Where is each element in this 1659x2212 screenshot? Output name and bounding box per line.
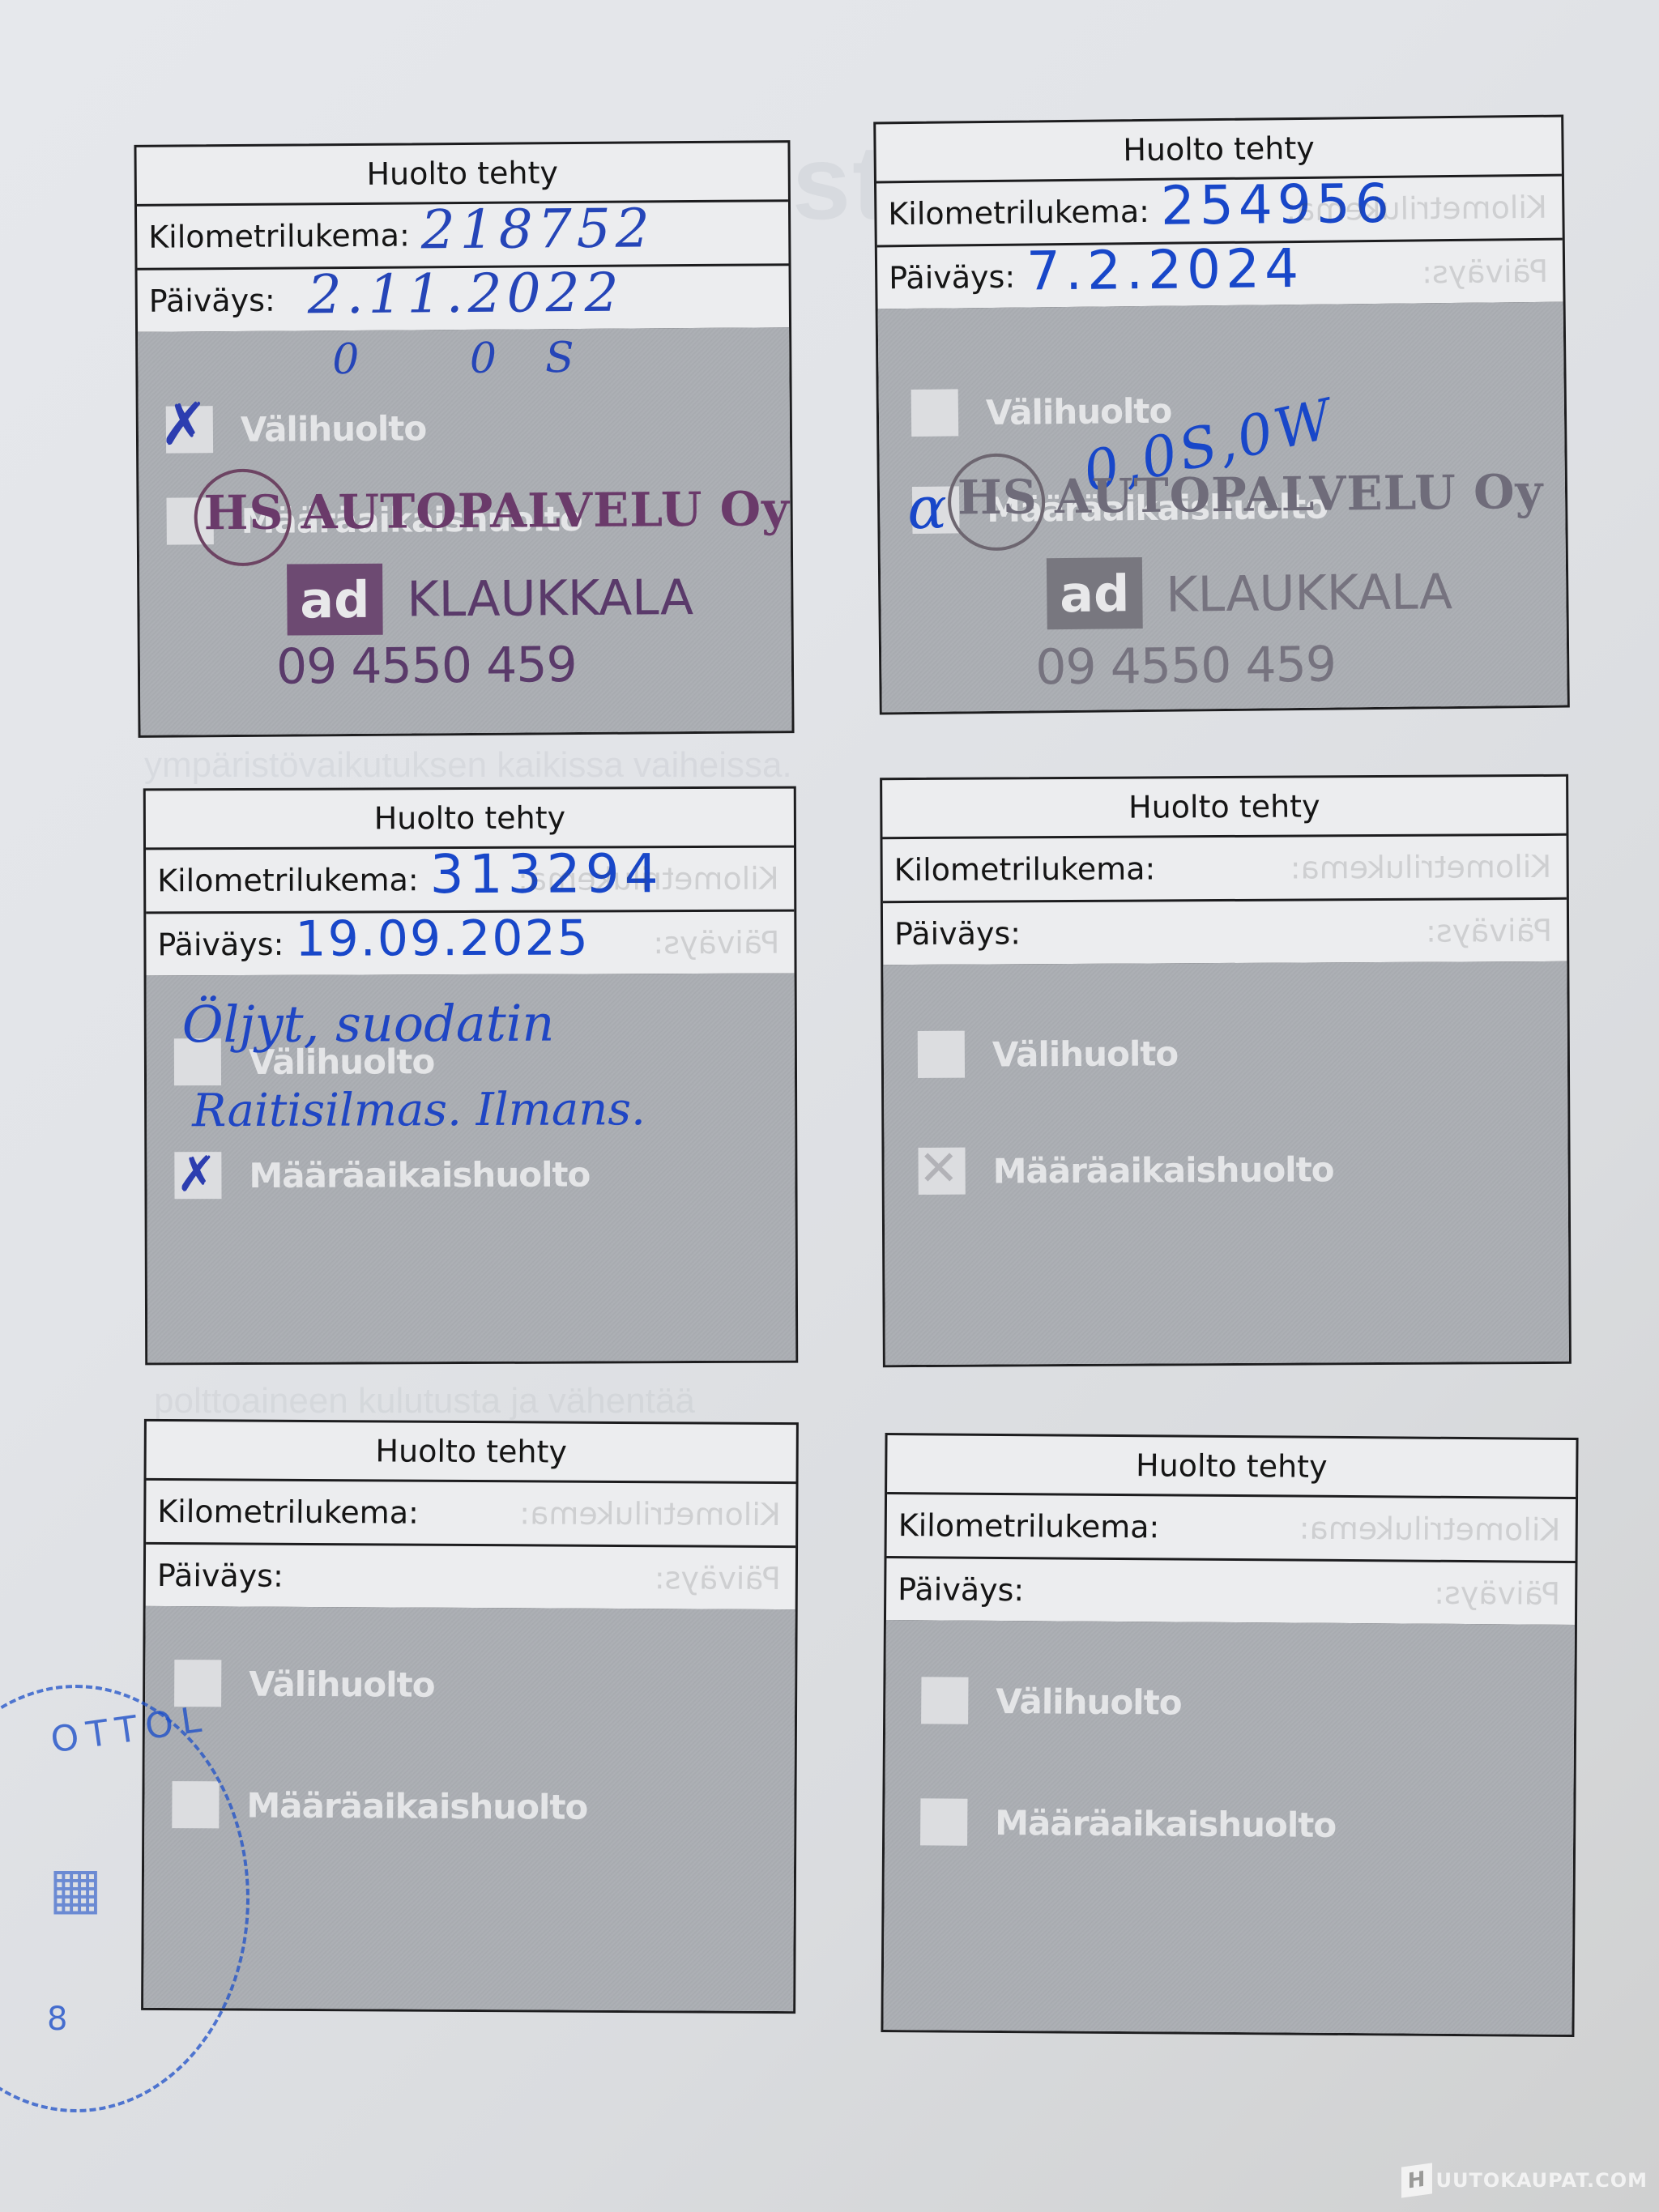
x-mark-icon: ✗ bbox=[176, 1150, 216, 1199]
km-label: Kilometrilukema: bbox=[898, 1507, 1160, 1545]
card-title: Huolto tehty bbox=[136, 143, 787, 207]
km-row: Kilometrilukema: Kilometrilukema: bbox=[882, 836, 1566, 903]
blue-stamp-emblem-icon: ▦ bbox=[49, 1855, 102, 1921]
checkbox-maaraaikaishuolto[interactable] bbox=[920, 1798, 967, 1845]
option-label: Määräaikaishuolto bbox=[995, 1802, 1336, 1844]
option-label: Määräaikaishuolto bbox=[246, 1785, 587, 1826]
km-row: Kilometrilukema: 313294 Kilometrilukema: bbox=[146, 848, 794, 914]
option-maaraaikaishuolto[interactable]: ✗ Määräaikaishuolto bbox=[174, 1150, 590, 1199]
km-row: Kilometrilukema: 254956 Kilometrilukema: bbox=[876, 177, 1563, 248]
service-type-panel: 0 0S ✗ Välihuolto Määräaikaishuolto HS A… bbox=[138, 327, 791, 735]
date-row: Päiväys: Päiväys: bbox=[146, 1545, 795, 1612]
option-label: Välihuolto bbox=[996, 1681, 1182, 1722]
watermark-text: UUTOKAUPAT.COM bbox=[1435, 2169, 1648, 2192]
show-through-label: Päiväys: bbox=[1434, 1575, 1560, 1612]
show-through-label: Päiväys: bbox=[1426, 913, 1552, 949]
date-row: Päiväys: Päiväys: bbox=[883, 900, 1567, 967]
handwritten-note: 0 0S bbox=[332, 337, 623, 381]
date-row: Päiväys: 7.2.2024 Päiväys: bbox=[877, 241, 1563, 312]
date-label: Päiväys: bbox=[157, 927, 284, 963]
service-record-card-3: Huolto tehty Kilometrilukema: 313294 Kil… bbox=[143, 786, 798, 1366]
service-record-card-1: Huolto tehty Kilometrilukema: 218752 Päi… bbox=[134, 140, 794, 738]
handwritten-work-line-2: Raitisilmas. Ilmans. bbox=[192, 1087, 646, 1134]
stamp-city: KLAUKKALA bbox=[407, 569, 693, 628]
date-label: Päiväys: bbox=[157, 1558, 284, 1594]
checkbox-valihuolto[interactable]: ✗ bbox=[166, 406, 213, 453]
checkbox-maaraaikaishuolto[interactable]: ✕ bbox=[918, 1148, 965, 1195]
checkbox-valihuolto[interactable] bbox=[918, 1031, 965, 1078]
service-type-panel: Välihuolto Määräaikaishuolto bbox=[883, 1620, 1575, 2035]
option-maaraaikaishuolto[interactable]: Määräaikaishuolto bbox=[920, 1798, 1336, 1848]
service-record-card-4: Huolto tehty Kilometrilukema: Kilometril… bbox=[880, 774, 1572, 1367]
option-label: Välihuolto bbox=[249, 1664, 435, 1704]
km-row: Kilometrilukema: Kilometrilukema: bbox=[146, 1481, 795, 1548]
service-type-panel: Välihuolto α Määräaikaishuolto 0,0S,0W H… bbox=[878, 302, 1567, 713]
km-label: Kilometrilukema: bbox=[894, 850, 1156, 888]
ad-logo-icon: ad bbox=[1047, 557, 1143, 629]
km-value[interactable]: 218752 bbox=[421, 202, 655, 257]
km-row: Kilometrilukema: 218752 bbox=[137, 202, 789, 271]
service-record-card-2: Huolto tehty Kilometrilukema: 254956 Kil… bbox=[873, 115, 1570, 715]
checkbox-maaraaikaishuolto[interactable]: ✗ bbox=[174, 1152, 221, 1199]
show-through-label: Päiväys: bbox=[655, 1560, 781, 1596]
option-label: Välihuolto bbox=[992, 1034, 1179, 1074]
date-label: Päiväys: bbox=[149, 283, 275, 319]
date-value[interactable]: 7.2.2024 bbox=[1026, 242, 1304, 299]
show-through-label: Kilometrilukema: bbox=[1299, 1511, 1561, 1548]
km-label: Kilometrilukema: bbox=[157, 862, 419, 898]
option-valihuolto[interactable]: Välihuolto bbox=[921, 1677, 1182, 1725]
show-through-label: Päiväys: bbox=[1422, 254, 1548, 291]
date-label: Päiväys: bbox=[889, 259, 1015, 296]
checkbox-valihuolto[interactable] bbox=[921, 1677, 968, 1724]
show-through-label: Kilometrilukema: bbox=[1286, 190, 1548, 228]
date-value[interactable]: 19.09.2025 bbox=[295, 914, 590, 963]
show-through-label: Kilometrilukema: bbox=[518, 861, 780, 897]
service-type-panel: Välihuolto ✗ Määräaikaishuolto Öljyt, su… bbox=[147, 974, 796, 1363]
option-maaraaikaishuolto[interactable]: ✕ Määräaikaishuolto bbox=[918, 1145, 1333, 1195]
site-watermark: H UUTOKAUPAT.COM bbox=[1401, 2165, 1648, 2196]
km-label: Kilometrilukema: bbox=[157, 1494, 419, 1531]
stamp-city: KLAUKKALA bbox=[1166, 564, 1452, 624]
option-label: Määräaikaishuolto bbox=[993, 1149, 1334, 1191]
date-row: Päiväys: Päiväys: bbox=[886, 1558, 1576, 1627]
blue-stamp-digit: 8 bbox=[47, 2001, 67, 2038]
date-value[interactable]: 2.11.2022 bbox=[307, 266, 623, 322]
card-title: Huolto tehty bbox=[882, 777, 1566, 839]
handwritten-work-line-1: Öljyt, suodatin bbox=[182, 999, 555, 1051]
service-type-panel: Välihuolto ✕ Määräaikaishuolto bbox=[883, 961, 1569, 1365]
option-valihuolto[interactable]: Välihuolto bbox=[918, 1029, 1179, 1078]
cube-logo-icon: H bbox=[1401, 2163, 1432, 2197]
show-through-label: Kilometrilukema: bbox=[520, 1495, 782, 1532]
date-label: Päiväys: bbox=[898, 1571, 1024, 1608]
x-mark-icon: ✗ bbox=[160, 394, 209, 453]
date-row: Päiväys: 2.11.2022 bbox=[138, 266, 790, 335]
option-valihuolto[interactable]: Välihuolto bbox=[911, 387, 1172, 437]
option-valihuolto[interactable]: Välihuolto bbox=[174, 1660, 435, 1708]
card-title: Huolto tehty bbox=[887, 1435, 1576, 1499]
option-label: Välihuolto bbox=[986, 390, 1172, 432]
stamp-company: HS AUTOPALVELU Oy bbox=[957, 464, 1544, 526]
checkbox-valihuolto[interactable] bbox=[911, 389, 959, 437]
stamp-phone: 09 4550 459 bbox=[1035, 637, 1336, 697]
card-title: Huolto tehty bbox=[147, 1421, 796, 1484]
date-row: Päiväys: 19.09.2025 Päiväys: bbox=[146, 912, 794, 978]
show-through-label: Kilometrilukema: bbox=[1290, 849, 1552, 886]
option-label: Välihuolto bbox=[241, 408, 427, 450]
stamp-phone: 09 4550 459 bbox=[276, 637, 577, 696]
card-title: Huolto tehty bbox=[146, 789, 794, 850]
service-record-card-6: Huolto tehty Kilometrilukema: Kilometril… bbox=[881, 1433, 1578, 2037]
option-valihuolto[interactable]: ✗ Välihuolto bbox=[166, 404, 427, 453]
km-label: Kilometrilukema: bbox=[148, 217, 410, 254]
background-line-ghost: polttoaineen kulutusta ja vähentää bbox=[154, 1381, 695, 1421]
check-mark-icon: α bbox=[907, 479, 947, 538]
background-line-ghost: ympäristövaikutuksen kaikissa vaiheissa. bbox=[144, 745, 792, 786]
ad-logo-icon: ad bbox=[287, 564, 383, 636]
date-label: Päiväys: bbox=[894, 915, 1021, 952]
km-label: Kilometrilukema: bbox=[888, 194, 1149, 232]
faint-x-mark-icon: ✕ bbox=[918, 1144, 959, 1193]
km-row: Kilometrilukema: Kilometrilukema: bbox=[887, 1494, 1576, 1563]
show-through-label: Päiväys: bbox=[653, 925, 779, 961]
option-label: Määräaikaishuolto bbox=[249, 1154, 590, 1195]
stamp-company: HS AUTOPALVELU Oy bbox=[203, 481, 790, 540]
